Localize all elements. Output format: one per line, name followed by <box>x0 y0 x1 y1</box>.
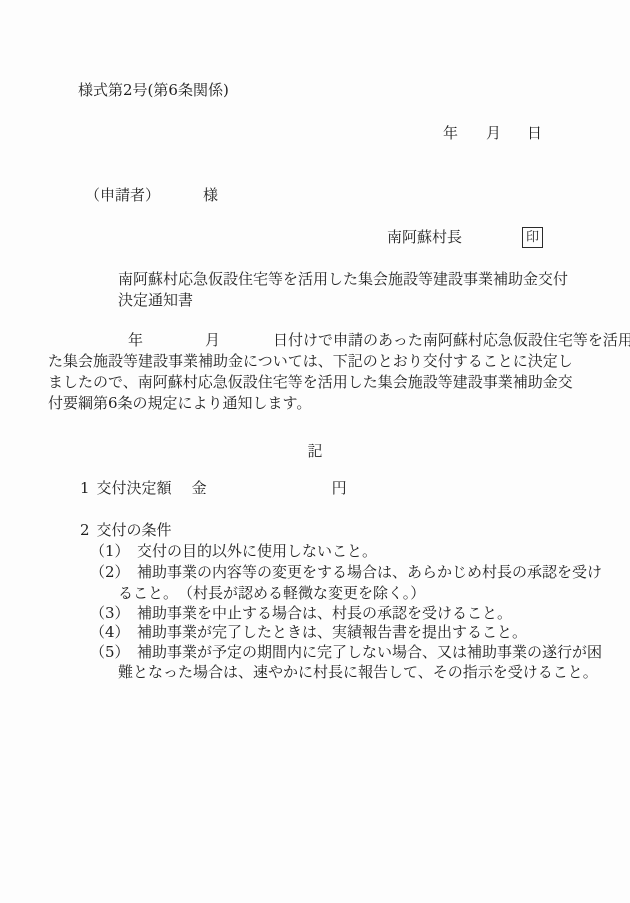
addressee-line: （申請者）様 <box>85 185 218 206</box>
condition-1: （1） 交付の目的以外に使用しないこと。 <box>90 541 377 562</box>
seal-stamp-box: 印 <box>522 227 543 248</box>
condition-3: （3） 補助事業を中止する場合は、村長の承認を受けること。 <box>90 603 512 624</box>
body-paragraph-line2: た集会施設等建設事業補助金については、下記のとおり交付することに決定し <box>48 351 573 372</box>
sender-title: 南阿蘇村長 <box>387 227 462 248</box>
addressee-honorific: 様 <box>203 186 218 204</box>
date-year-label: 年 <box>443 124 458 142</box>
body-line1-text: 日付けで申請のあった南阿蘇村応急仮設住宅等を活用し <box>273 331 630 349</box>
amount-prefix: 金 <box>192 479 207 497</box>
item1-number: 1 <box>80 479 90 497</box>
condition-2-line1: （2） 補助事業の内容等の変更をする場合は、あらかじめ村長の承認を受け <box>90 562 602 583</box>
body-paragraph-line3: ましたので、南阿蘇村応急仮設住宅等を活用した集会施設等建設事業補助金交 <box>48 372 573 393</box>
body-paragraph-line1: 年月日付けで申請のあった南阿蘇村応急仮設住宅等を活用し <box>48 330 630 351</box>
condition-5-line1: （5） 補助事業が予定の期間内に完了しない場合、又は補助事業の遂行が困 <box>90 642 602 663</box>
item2-label: 交付の条件 <box>97 521 172 539</box>
body-paragraph-line4: 付要綱第6条の規定により通知します。 <box>48 393 311 414</box>
ki-section-marker: 記 <box>0 441 630 462</box>
addressee-applicant-placeholder: （申請者） <box>85 186 160 204</box>
item1-label: 交付決定額 <box>97 479 172 497</box>
grant-amount-line: 1交付決定額金円 <box>0 478 347 499</box>
item2-number: 2 <box>80 521 90 539</box>
amount-suffix: 円 <box>332 479 347 497</box>
document-title-line1: 南阿蘇村応急仮設住宅等を活用した集会施設等建設事業補助金交付 <box>118 269 568 290</box>
body-month-label: 月 <box>205 331 220 349</box>
conditions-header: 2交付の条件 <box>0 520 172 541</box>
notification-document-page: 様式第2号(第6条関係) 年月日 （申請者）様 南阿蘇村長 印 南阿蘇村応急仮設… <box>0 0 630 903</box>
date-day-label: 日 <box>527 124 542 142</box>
date-month-label: 月 <box>486 124 501 142</box>
condition-2-line2: ること。 （村長が認める軽微な変更を除く。） <box>118 583 425 604</box>
form-number: 様式第2号(第6条関係) <box>78 80 229 101</box>
document-title: 南阿蘇村応急仮設住宅等を活用した集会施設等建設事業補助金交付 決定通知書 <box>118 269 568 311</box>
document-title-line2: 決定通知書 <box>118 290 568 311</box>
condition-4: （4） 補助事業が完了したときは、実績報告書を提出すること。 <box>90 622 527 643</box>
body-year-label: 年 <box>128 331 143 349</box>
condition-5-line2: 難となった場合は、速やかに村長に報告して、その指示を受けること。 <box>118 662 598 683</box>
date-line: 年月日 <box>443 123 542 144</box>
